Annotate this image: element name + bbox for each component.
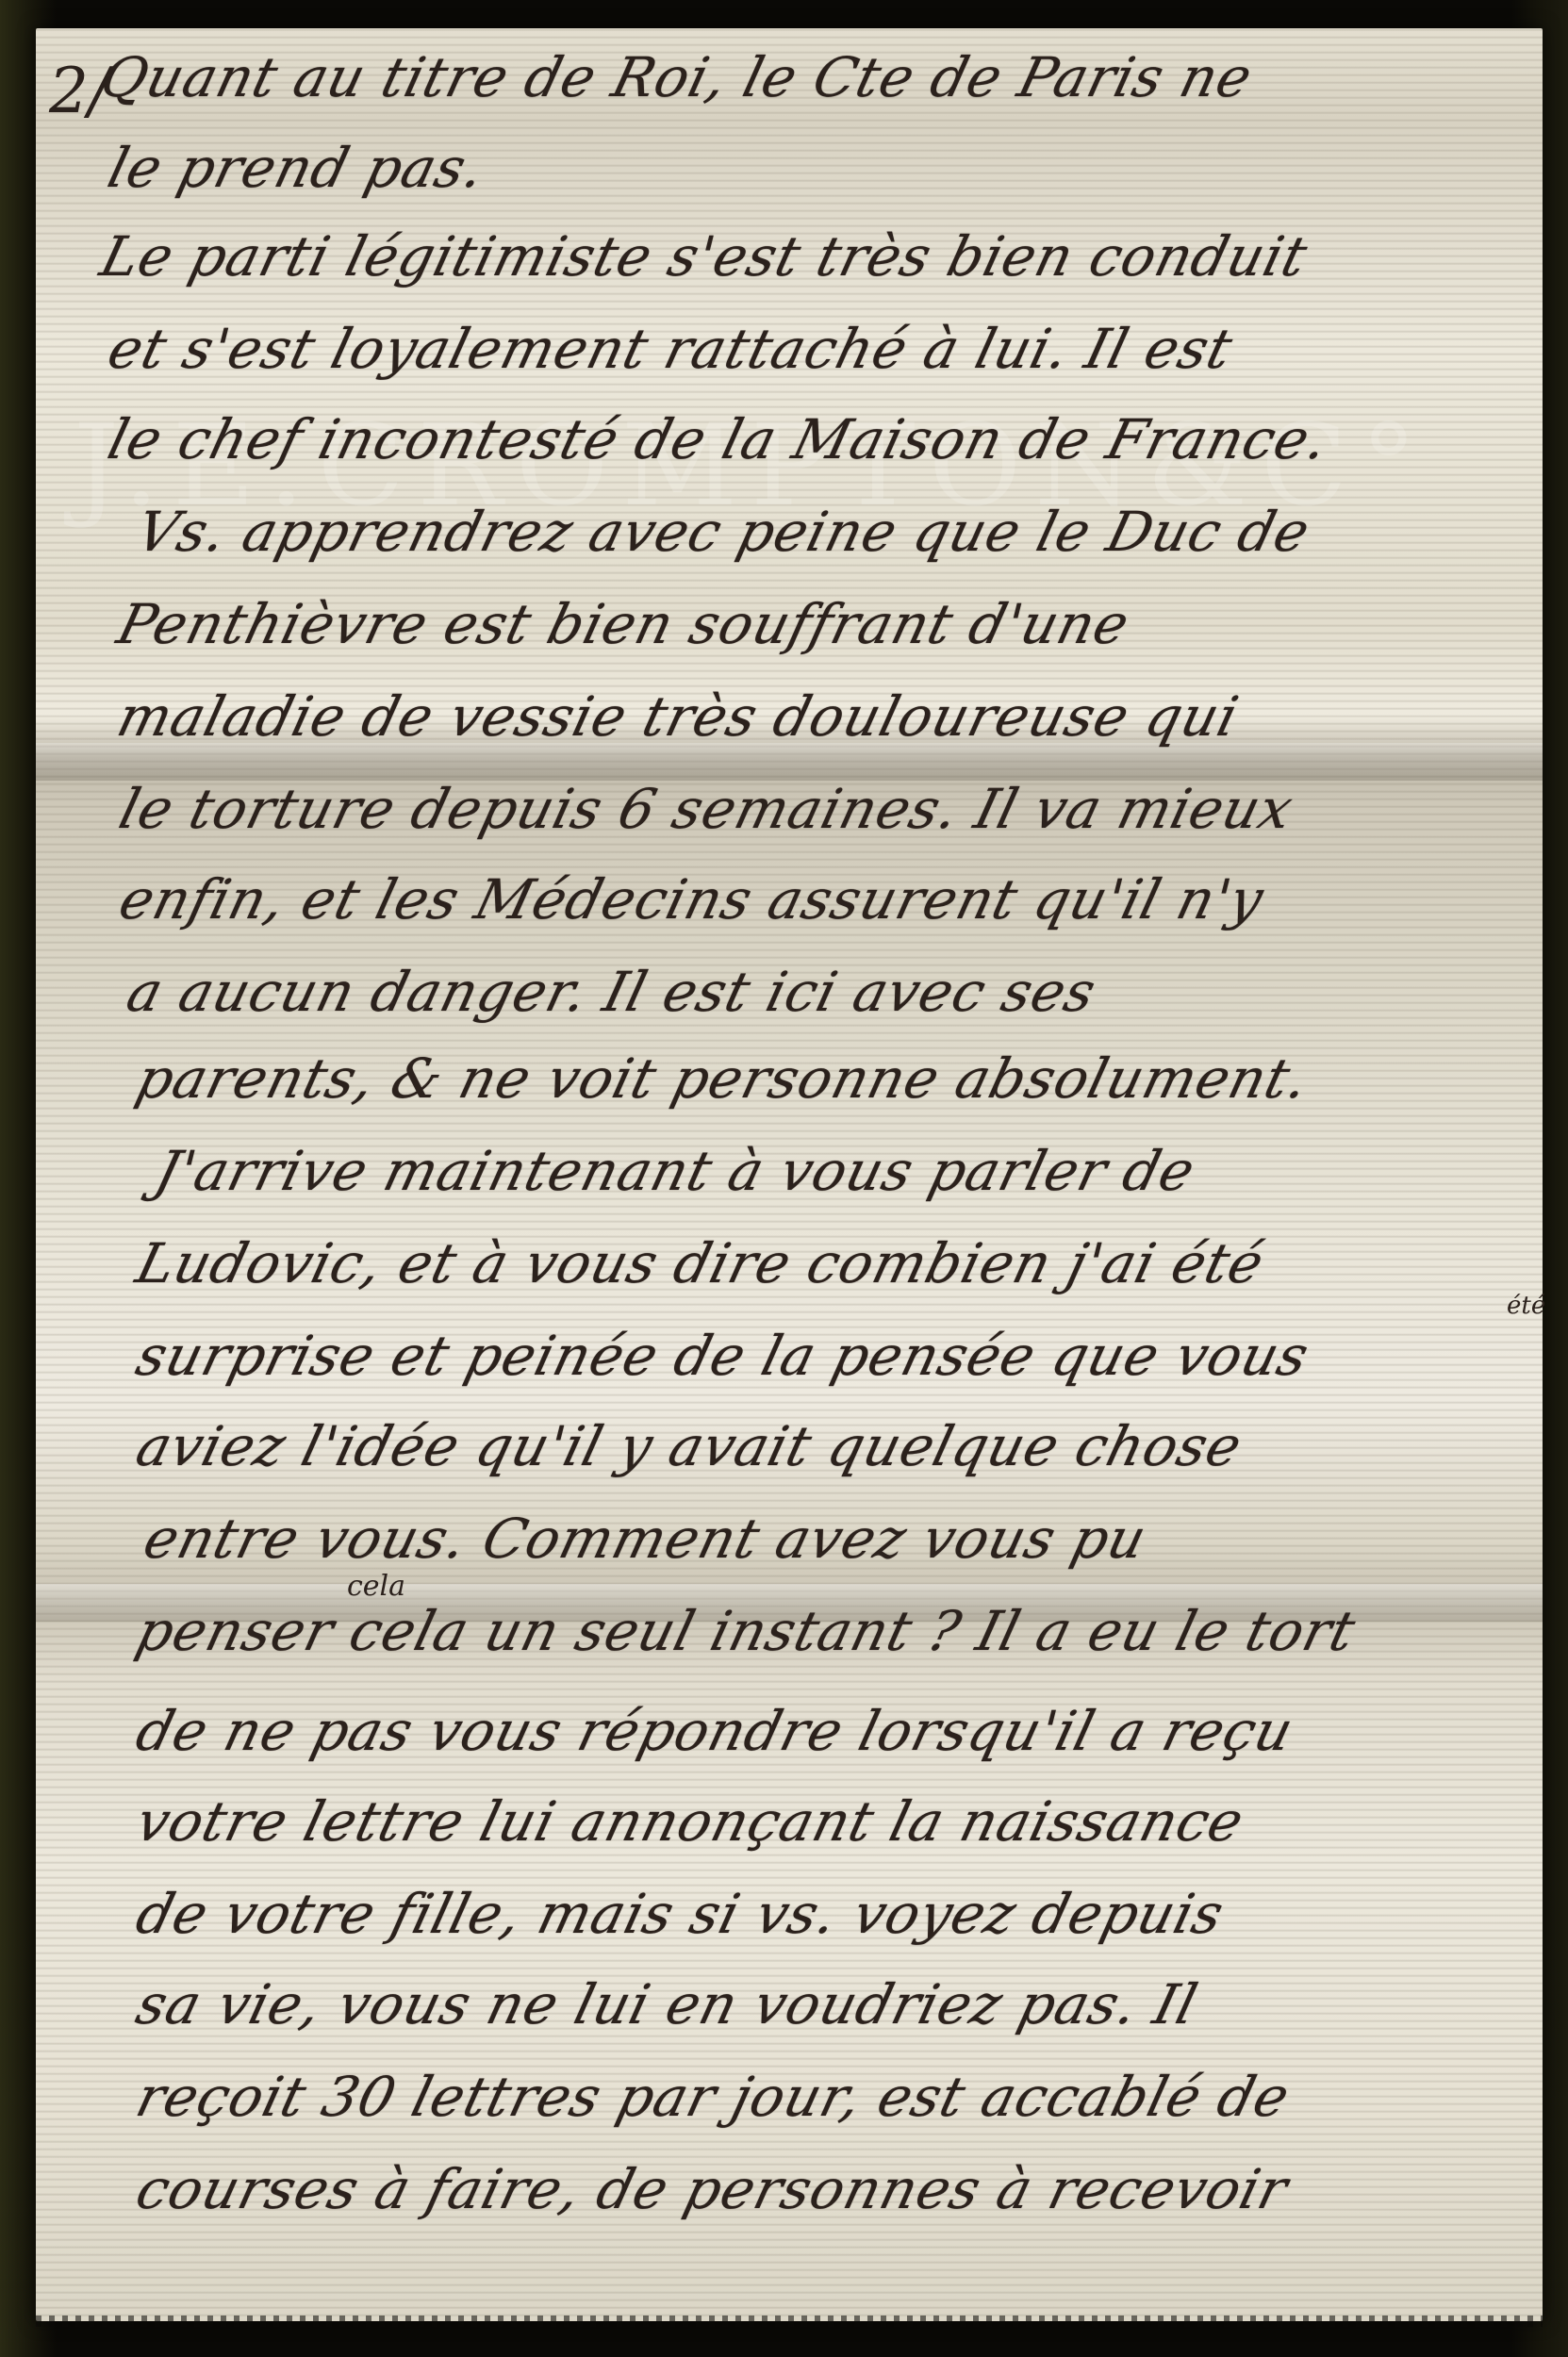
letter-line-13: J'arrive maintenant à vous parler de [149,1139,1202,1203]
letter-line-20: votre lettre lui annonçant la naissance [130,1789,1250,1854]
letter-line-4: et s'est loyalement rattaché à lui. Il e… [102,317,1239,381]
letter-line-21: de votre fille, mais si vs. voyez depuis [130,1882,1230,1946]
letter-line-12: parents, & ne voit personne absolument. [130,1047,1315,1111]
margin-note: été [1507,1292,1545,1320]
letter-line-5: le chef incontesté de la Maison de Franc… [102,407,1335,471]
torn-edge [36,2316,1543,2327]
letter-text: 2/ Quant au titre de Roi, le Cte de Pari… [36,28,1543,2321]
letter-line-2: le prend pas. [102,136,491,200]
letter-line-23: reçoit 30 lettres par jour, est accablé … [130,2065,1296,2129]
letter-line-24: courses à faire, de personnes à recevoir [130,2157,1295,2221]
letter-line-8: maladie de vessie très douloureuse qui [111,684,1246,749]
letter-line-9: le torture depuis 6 semaines. Il va mieu… [113,777,1300,841]
letter-line-22: sa vie, vous ne lui en voudriez pas. Il [130,1972,1204,2036]
inserted-word: cela [347,1570,405,1603]
letter-line-19: de ne pas vous répondre lorsqu'il a reçu [130,1699,1300,1763]
letter-line-14: Ludovic, et à vous dire combien j'ai été [130,1231,1271,1295]
letter-line-7: Penthièvre est bien souffrant d'une [111,592,1136,656]
letter-line-17: entre vous. Comment avez vous pu [138,1507,1153,1571]
letter-line-6: Vs. apprendrez avec peine que le Duc de [130,500,1316,564]
letter-page: J.E.CROMPTON&C° 2/ Quant au titre de Roi… [36,28,1543,2321]
letter-line-1: Quant au titre de Roi, le Cte de Paris n… [94,45,1259,109]
letter-line-3: Le parti légitimiste s'est très bien con… [94,224,1314,288]
letter-line-11: a aucun danger. Il est ici avec ses [121,960,1102,1024]
letter-line-15: surprise et peinée de la pensée que vous [130,1324,1315,1388]
letter-line-10: enfin, et les Médecins assurent qu'il n'… [113,867,1270,931]
letter-line-18: penser cela un seul instant ? Il a eu le… [130,1599,1362,1663]
letter-line-16: aviez l'idée qu'il y avait quelque chose [130,1414,1248,1478]
